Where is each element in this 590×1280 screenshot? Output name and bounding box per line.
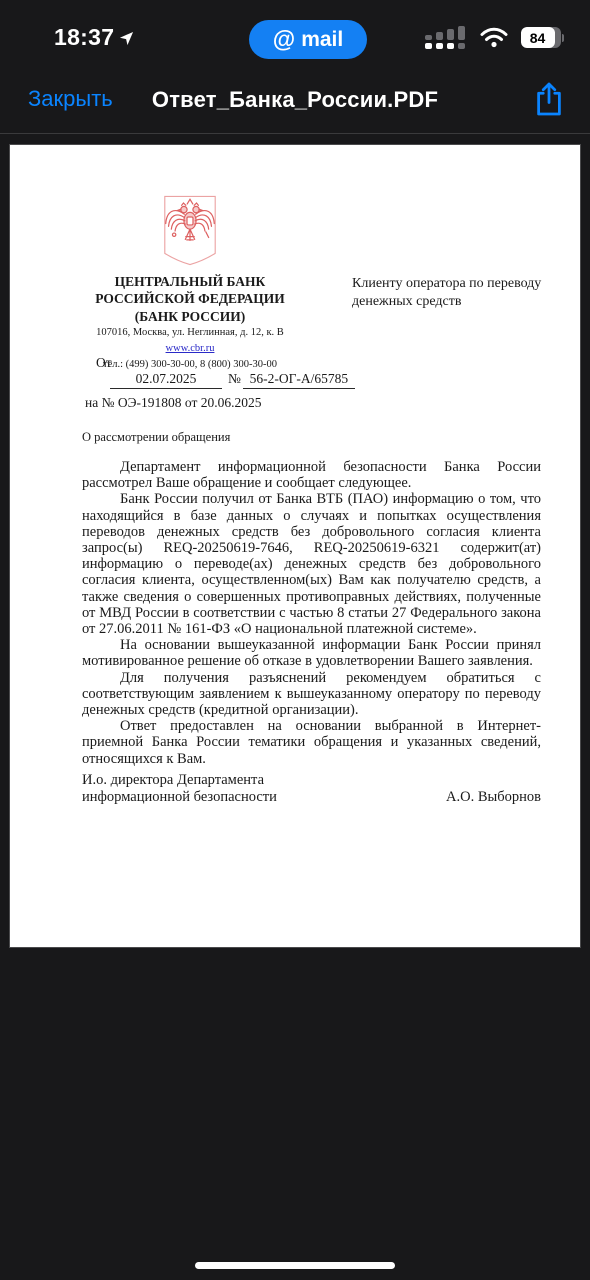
org-name-line1: ЦЕНТРАЛЬНЫЙ БАНК [80,273,300,290]
mail-notification-pill[interactable]: @ mail [249,20,367,59]
wifi-icon [480,27,508,48]
ref-line: 02.07.2025№56-2-ОГ-А/65785 [110,371,355,389]
mail-at-icon: @ [273,28,295,51]
status-icons: 84 [425,26,565,49]
number-sign: № [228,371,241,387]
battery-percent: 84 [530,30,546,46]
bank-of-russia-eagle-emblem [162,195,218,267]
signer-name: А.О. Выборнов [446,789,541,806]
status-bar: 18:37 @ mail 84 [0,0,590,66]
org-address: 107016, Москва, ул. Неглинная, д. 12, к.… [65,325,315,341]
signature-block: И.о. директора Департамента информационн… [82,772,541,806]
status-time: 18:37 [54,24,114,51]
document-title: Ответ_Банка_России.PDF [0,87,590,113]
cellular-signal-icon [425,26,467,49]
pdf-viewer-navbar: Закрыть Ответ_Банка_России.PDF [0,72,590,134]
iphone-screen: 18:37 @ mail 84 За [0,0,590,1280]
letter-subject: О рассмотрении обращения [82,430,230,445]
letter-number: 56-2-ОГ-А/65785 [243,371,355,389]
share-icon [534,80,564,118]
letter-date: 02.07.2025 [110,371,222,389]
org-name: ЦЕНТРАЛЬНЫЙ БАНК РОССИЙСКОЙ ФЕДЕРАЦИИ (Б… [80,273,300,325]
pdf-page: ЦЕНТРАЛЬНЫЙ БАНК РОССИЙСКОЙ ФЕДЕРАЦИИ (Б… [10,145,580,947]
recipient-block: Клиенту оператора по переводу денежных с… [352,275,552,311]
paragraph-2: Банк России получил от Банка ВТБ (ПАО) и… [82,491,541,637]
org-website-link[interactable]: www.cbr.ru [166,343,215,354]
signer-position: И.о. директора Департамента информационн… [82,772,277,806]
org-name-line2: РОССИЙСКОЙ ФЕДЕРАЦИИ [80,290,300,307]
paragraph-3: На основании вышеуказанной информации Ба… [82,637,541,669]
battery-icon: 84 [521,27,565,48]
location-arrow-icon [119,31,134,46]
paragraph-1: Департамент информационной безопасности … [82,459,541,491]
status-time-group: 18:37 [54,24,134,51]
mail-pill-label: mail [301,29,343,50]
reply-to-line: на № ОЭ-191808 от 20.06.2025 [85,395,261,411]
ref-from-label: От [96,355,112,371]
org-name-line3: (БАНК РОССИИ) [80,308,300,325]
letter-body: Департамент информационной безопасности … [82,459,541,767]
paragraph-5: Ответ предоставлен на основании выбранно… [82,718,541,767]
pdf-scroll-area[interactable]: ЦЕНТРАЛЬНЫЙ БАНК РОССИЙСКОЙ ФЕДЕРАЦИИ (Б… [0,135,590,1280]
home-indicator[interactable] [195,1262,395,1269]
paragraph-4: Для получения разъяснений рекомендуем об… [82,670,541,719]
share-button[interactable] [534,80,564,121]
